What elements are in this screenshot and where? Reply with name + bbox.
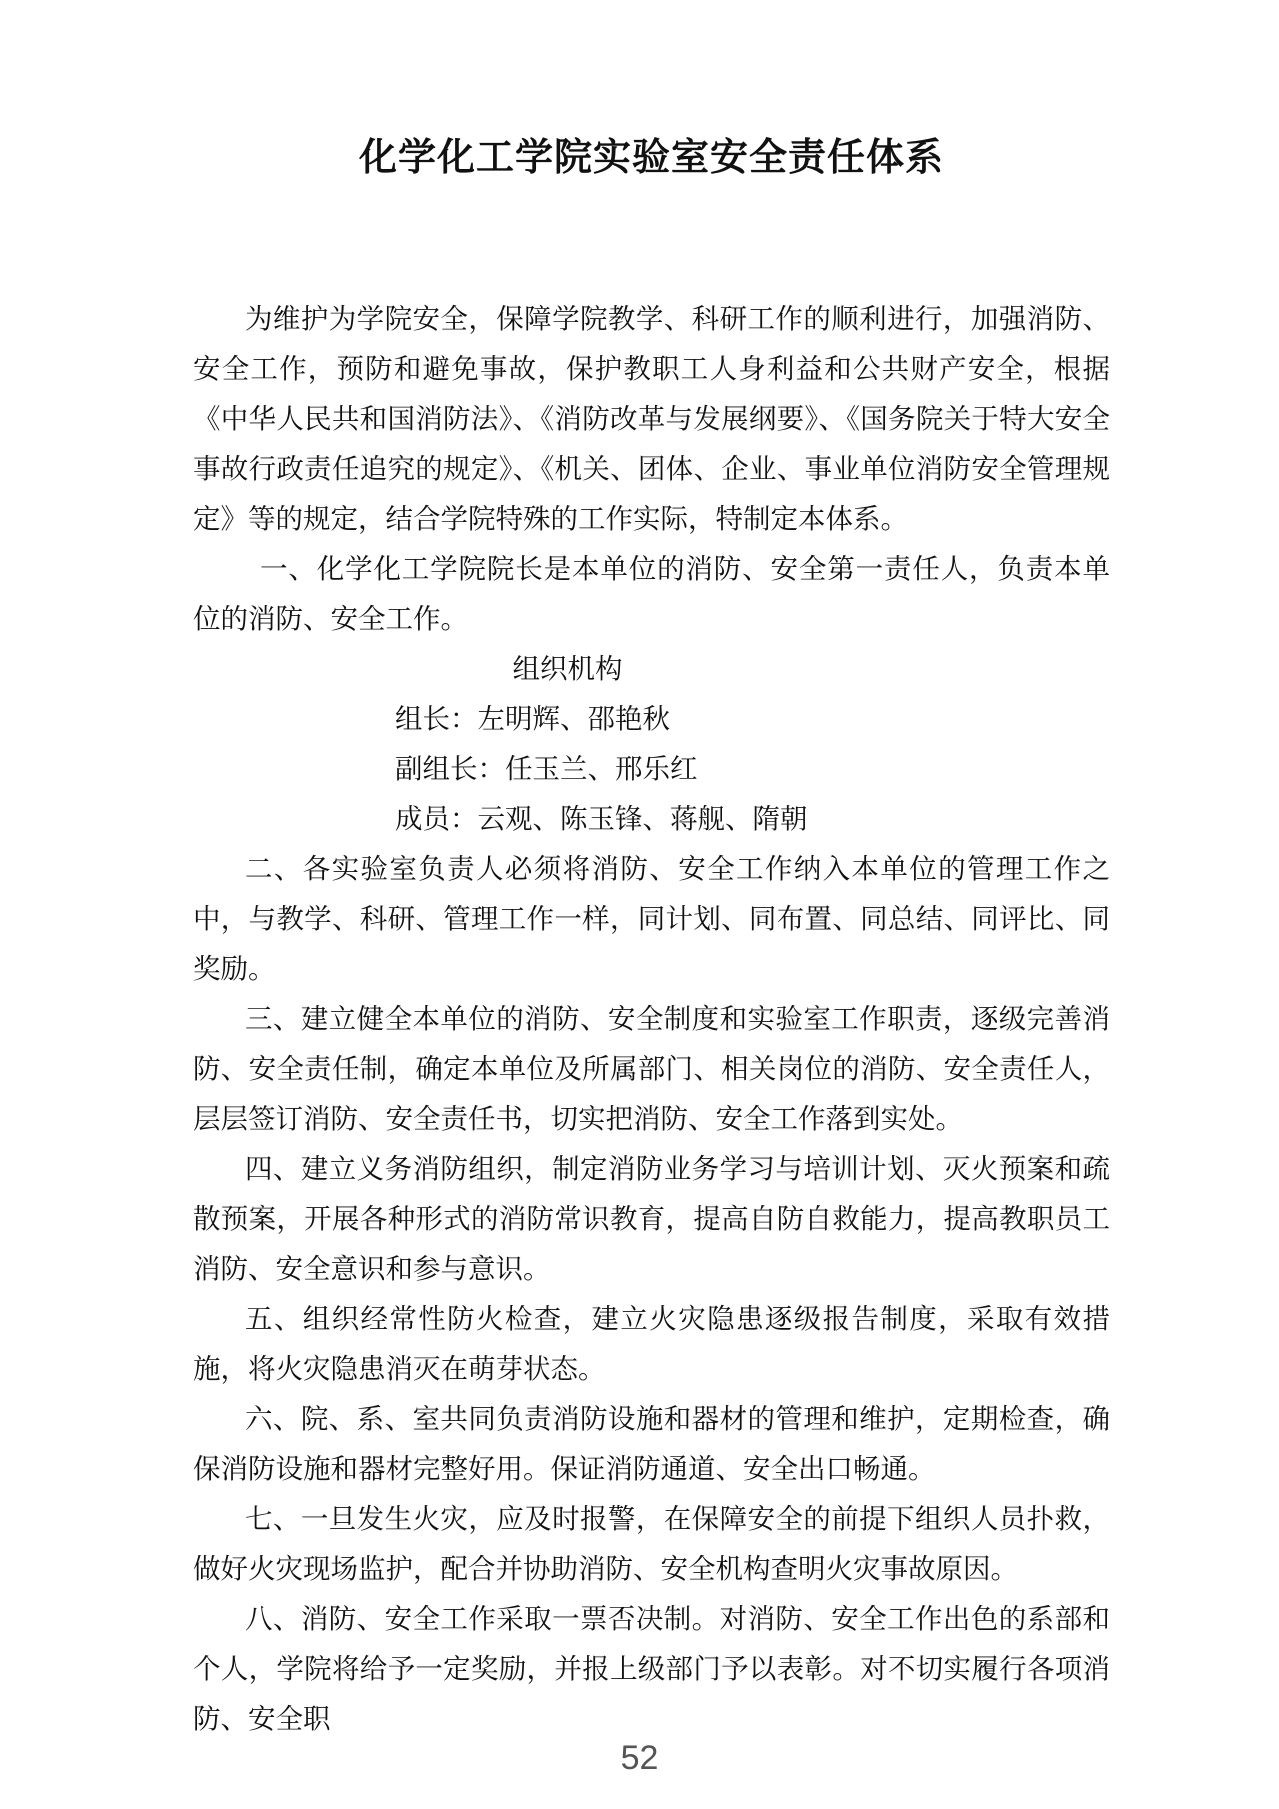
paragraph-item-4: 四、建立义务消防组织，制定消防业务学习与培训计划、灭火预案和疏散预案，开展各种形…	[193, 1144, 1110, 1294]
document-body: 为维护为学院安全，保障学院教学、科研工作的顺利进行，加强消防、安全工作，预防和避…	[0, 181, 1279, 1744]
paragraph-item-2: 二、各实验室负责人必须将消防、安全工作纳入本单位的管理工作之中，与教学、科研、管…	[193, 844, 1110, 994]
org-members-line: 成员：云观、陈玉锋、蒋舰、隋朝	[193, 794, 1110, 844]
document-page: 化学化工学院实验室安全责任体系 为维护为学院安全，保障学院教学、科研工作的顺利进…	[0, 0, 1279, 1809]
paragraph-item-7: 七、一旦发生火灾，应及时报警，在保障安全的前提下组织人员扑救，做好火灾现场监护，…	[193, 1494, 1110, 1594]
org-deputy-leader-line: 副组长：任玉兰、邢乐红	[193, 744, 1110, 794]
paragraph-item-6: 六、院、系、室共同负责消防设施和器材的管理和维护，定期检查，确保消防设施和器材完…	[193, 1394, 1110, 1494]
document-title: 化学化工学院实验室安全责任体系	[0, 135, 1279, 181]
paragraph-item-5: 五、组织经常性防火检查，建立火灾隐患逐级报告制度，采取有效措施，将火灾隐患消灭在…	[193, 1294, 1110, 1394]
org-leader-line: 组长：左明辉、邵艳秋	[193, 694, 1110, 744]
paragraph-item-8: 八、消防、安全工作采取一票否决制。对消防、安全工作出色的系部和个人，学院将给予一…	[193, 1594, 1110, 1744]
page-number: 52	[0, 1738, 1279, 1778]
org-structure-heading: 组织机构	[193, 644, 942, 694]
paragraph-item-3: 三、建立健全本单位的消防、安全制度和实验室工作职责，逐级完善消防、安全责任制，确…	[193, 994, 1110, 1144]
paragraph-intro: 为维护为学院安全，保障学院教学、科研工作的顺利进行，加强消防、安全工作，预防和避…	[193, 294, 1110, 544]
paragraph-item-1: 一、化学化工学院院长是本单位的消防、安全第一责任人，负责本单位的消防、安全工作。	[193, 544, 1110, 644]
